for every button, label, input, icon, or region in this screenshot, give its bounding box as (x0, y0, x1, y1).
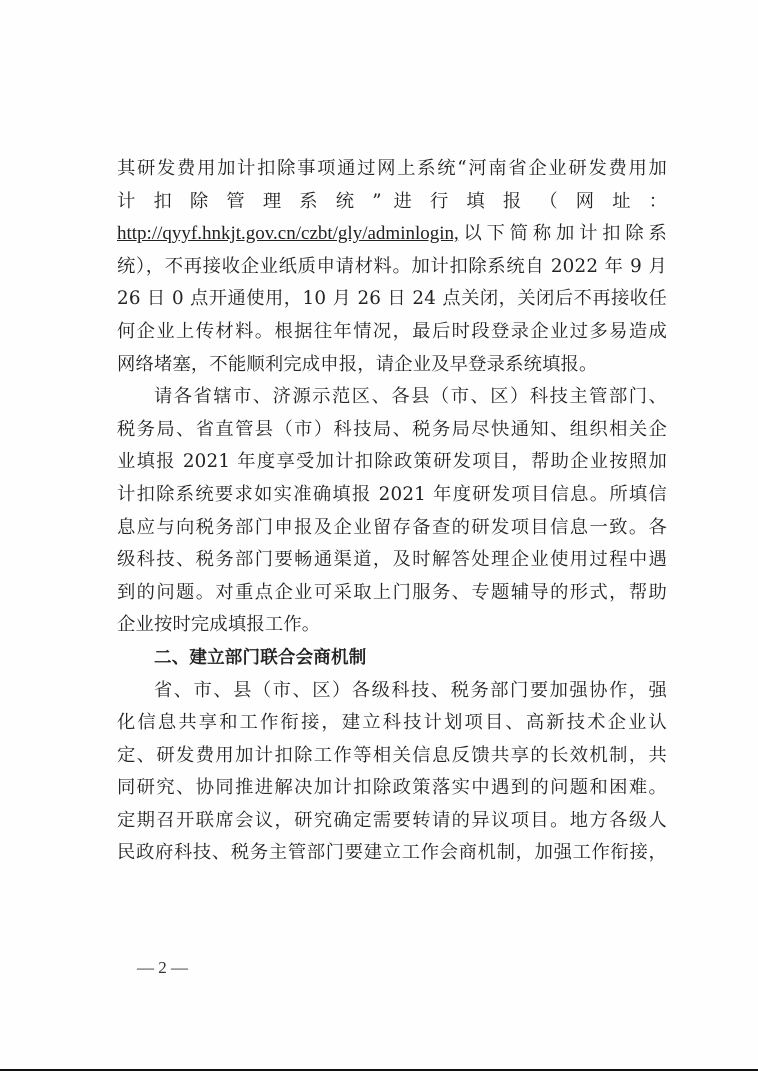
paragraph-start-line: 省、市、县（市、区）各级科技、税务部门要加强协作，强 (117, 675, 667, 708)
text-line: 统），不再接收企业纸质申请材料。加计扣除系统自 2022 年 9 月 (117, 251, 667, 284)
paragraph-start-line: 请各省辖市、济源示范区、各县（市、区）科技主管部门、 (117, 381, 667, 414)
page-number: — 2 — (137, 958, 188, 978)
text-line: 其研发费用加计扣除事项通过网上系统“河南省企业研发费用加 (117, 153, 667, 186)
text-fragment: 以下简称加计扣除系 (459, 223, 667, 244)
text-line: 计 扣 除 管 理 系 统 ” 进 行 填 报 （ 网 址 ： (117, 186, 667, 219)
text-line: 化信息共享和工作衔接，建立科技计划项目、高新技术企业认 (117, 707, 667, 740)
text-line: 到的问题。对重点企业可采取上门服务、专题辅导的形式，帮助 (117, 577, 667, 610)
text-line-url: http://qyyf.hnkjt.gov.cn/czbt/gly/adminl… (117, 218, 667, 251)
text-line: 同研究、协同推进解决加计扣除政策落实中遇到的问题和困难。 (117, 772, 667, 805)
text-line: 民政府科技、税务主管部门要建立工作会商机制，加强工作衔接， (117, 837, 667, 870)
section-heading: 二、建立部门联合会商机制 (117, 642, 667, 675)
text-line: 网络堵塞，不能顺利完成申报，请企业及早登录系统填报。 (117, 349, 667, 382)
bottom-border-line (0, 1069, 758, 1071)
text-line: 何企业上传材料。根据往年情况，最后时段登录企业过多易造成 (117, 316, 667, 349)
system-url-link[interactable]: http://qyyf.hnkjt.gov.cn/czbt/gly/adminl… (117, 223, 459, 244)
document-page: 其研发费用加计扣除事项通过网上系统“河南省企业研发费用加 计 扣 除 管 理 系… (0, 0, 758, 1072)
text-line: 26 日 0 点开通使用，10 月 26 日 24 点关闭，关闭后不再接收任 (117, 283, 667, 316)
text-line: 定、研发费用加计扣除工作等相关信息反馈共享的长效机制，共 (117, 740, 667, 773)
text-line: 定期召开联席会议，研究确定需要转请的异议项目。地方各级人 (117, 805, 667, 838)
text-line: 企业按时完成填报工作。 (117, 609, 667, 642)
text-line: 级科技、税务部门要畅通渠道，及时解答处理企业使用过程中遇 (117, 544, 667, 577)
text-line: 税务局、省直管县（市）科技局、税务局尽快通知、组织相关企 (117, 414, 667, 447)
text-line: 计扣除系统要求如实准确填报 2021 年度研发项目信息。所填信 (117, 479, 667, 512)
document-body: 其研发费用加计扣除事项通过网上系统“河南省企业研发费用加 计 扣 除 管 理 系… (117, 153, 667, 870)
text-line: 息应与向税务部门申报及企业留存备查的研发项目信息一致。各 (117, 512, 667, 545)
text-line: 业填报 2021 年度享受加计扣除政策研发项目，帮助企业按照加 (117, 446, 667, 479)
